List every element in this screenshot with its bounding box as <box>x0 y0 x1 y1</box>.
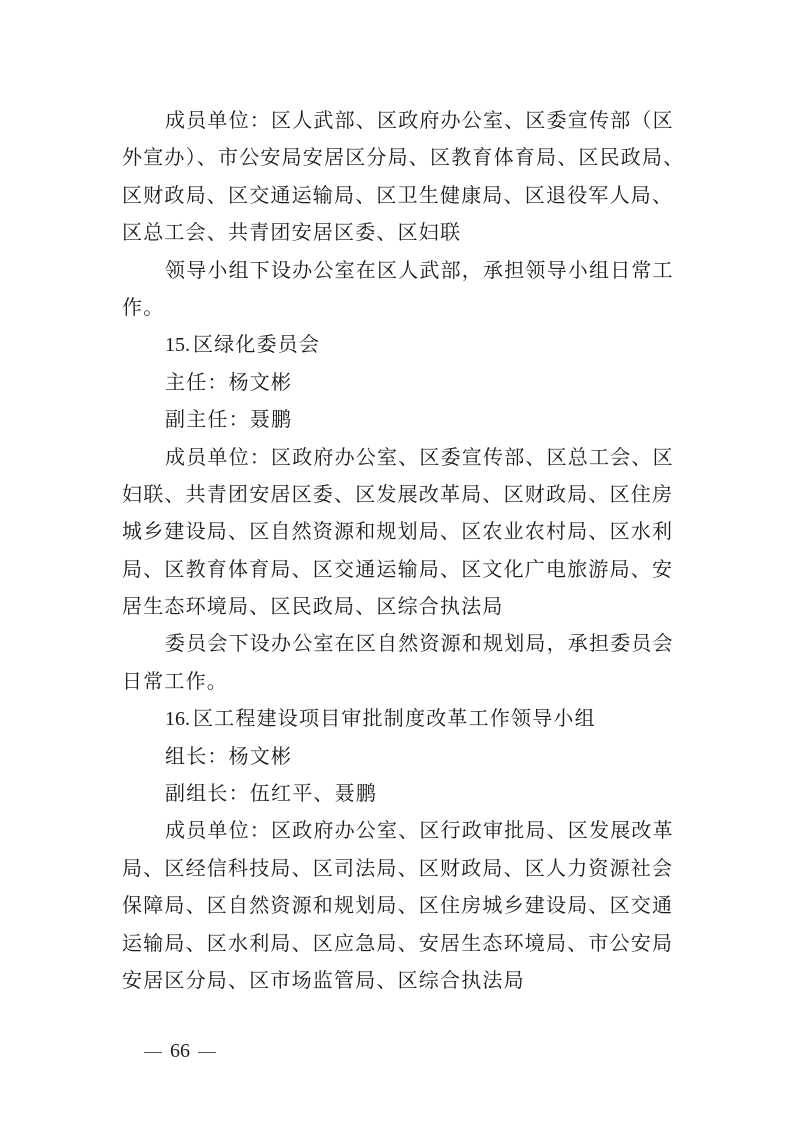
text-line: 成员单位：区人武部、区政府办公室、区委宣传部（区 <box>122 102 675 139</box>
text-line: 日常工作。 <box>122 663 675 700</box>
text-line: 委员会下设办公室在区自然资源和规划局，承担委员会 <box>122 625 675 662</box>
text-line: 居生态环境局、区民政局、区综合执法局 <box>122 588 675 625</box>
document-body: 成员单位：区人武部、区政府办公室、区委宣传部（区 外宣办）、市公安局安居区分局、… <box>122 102 675 999</box>
office-note-paragraph: 领导小组下设办公室在区人武部，承担领导小组日常工 作。 <box>122 252 675 327</box>
text-line: 区总工会、共青团安居区委、区妇联 <box>122 214 675 251</box>
page-number: 66 <box>170 1040 190 1062</box>
text-line: 妇联、共青团安居区委、区发展改革局、区财政局、区住房 <box>122 476 675 513</box>
document-page: 成员单位：区人武部、区政府办公室、区委宣传部（区 外宣办）、市公安局安居区分局、… <box>0 0 793 1122</box>
text-line: 安居区分局、区市场监管局、区综合执法局 <box>122 962 675 999</box>
member-units-paragraph: 成员单位：区人武部、区政府办公室、区委宣传部（区 外宣办）、市公安局安居区分局、… <box>122 102 675 252</box>
member-units-paragraph: 成员单位：区政府办公室、区行政审批局、区发展改革 局、区经信科技局、区司法局、区… <box>122 812 675 999</box>
director-line: 组长：杨文彬 <box>122 738 675 775</box>
section-heading: 16.区工程建设项目审批制度改革工作领导小组 <box>122 700 675 737</box>
office-note-paragraph: 委员会下设办公室在区自然资源和规划局，承担委员会 日常工作。 <box>122 625 675 700</box>
text-line: 城乡建设局、区自然资源和规划局、区农业农村局、区水利 <box>122 513 675 550</box>
page-footer: 66 <box>136 1040 224 1063</box>
text-line: 保障局、区自然资源和规划局、区住房城乡建设局、区交通 <box>122 887 675 924</box>
text-line: 外宣办）、市公安局安居区分局、区教育体育局、区民政局、 <box>122 139 675 176</box>
text-line: 成员单位：区政府办公室、区行政审批局、区发展改革 <box>122 812 675 849</box>
section-title: 区绿化委员会 <box>193 332 320 356</box>
section-heading: 15.区绿化委员会 <box>122 326 675 363</box>
text-line: 区财政局、区交通运输局、区卫生健康局、区退役军人局、 <box>122 177 675 214</box>
dash-left <box>144 1052 162 1054</box>
section-number: 16. <box>165 708 190 730</box>
text-line: 作。 <box>122 289 675 326</box>
text-line: 局、区教育体育局、区交通运输局、区文化广电旅游局、安 <box>122 551 675 588</box>
text-line: 领导小组下设办公室在区人武部，承担领导小组日常工 <box>122 252 675 289</box>
deputy-line: 副主任：聂鹏 <box>122 401 675 438</box>
text-line: 运输局、区水利局、区应急局、安居生态环境局、市公安局 <box>122 925 675 962</box>
text-line: 局、区经信科技局、区司法局、区财政局、区人力资源社会 <box>122 850 675 887</box>
section-title: 区工程建设项目审批制度改革工作领导小组 <box>193 706 596 730</box>
text-line: 成员单位：区政府办公室、区委宣传部、区总工会、区 <box>122 439 675 476</box>
director-line: 主任：杨文彬 <box>122 364 675 401</box>
deputy-line: 副组长：伍红平、聂鹏 <box>122 775 675 812</box>
section-number: 15. <box>165 334 190 356</box>
dash-right <box>198 1052 216 1054</box>
member-units-paragraph: 成员单位：区政府办公室、区委宣传部、区总工会、区 妇联、共青团安居区委、区发展改… <box>122 439 675 626</box>
